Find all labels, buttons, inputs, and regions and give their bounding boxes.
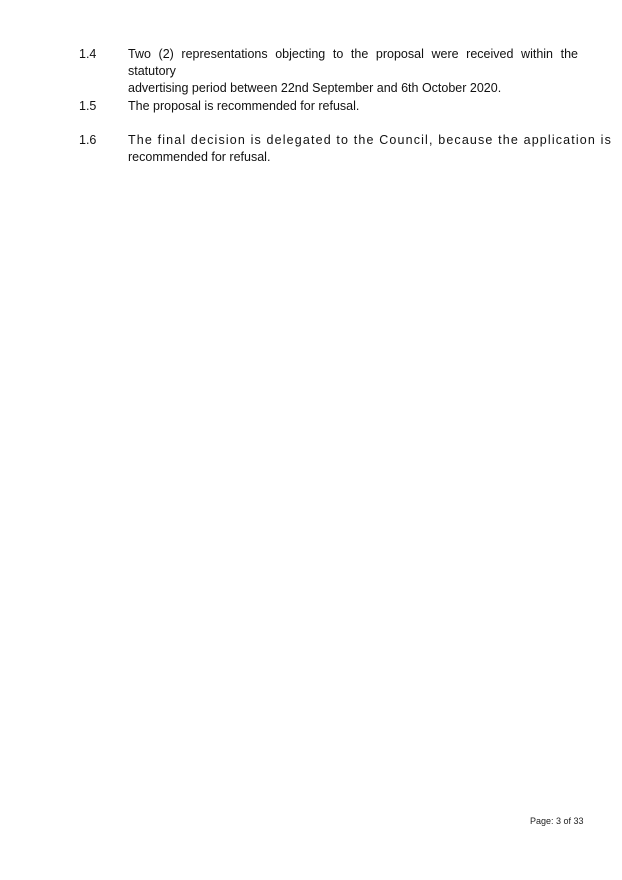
- paragraph-text: Two (2) representations objecting to the…: [128, 46, 578, 97]
- page-number: Page: 3 of 33: [530, 816, 584, 826]
- paragraph-text: The proposal is recommended for refusal.: [128, 98, 578, 115]
- paragraph-line: advertising period between 22nd Septembe…: [128, 80, 578, 97]
- paragraph-line: recommended for refusal.: [128, 149, 578, 166]
- paragraph-line: The proposal is recommended for refusal.: [128, 98, 578, 115]
- paragraph-line: Two (2) representations objecting to the…: [128, 46, 578, 80]
- paragraph-text: The final decision is delegated to the C…: [128, 132, 578, 166]
- paragraph-number: 1.4: [79, 46, 96, 63]
- paragraph-number: 1.6: [79, 132, 96, 149]
- paragraph-line: The final decision is delegated to the C…: [128, 132, 578, 149]
- paragraph-number: 1.5: [79, 98, 96, 115]
